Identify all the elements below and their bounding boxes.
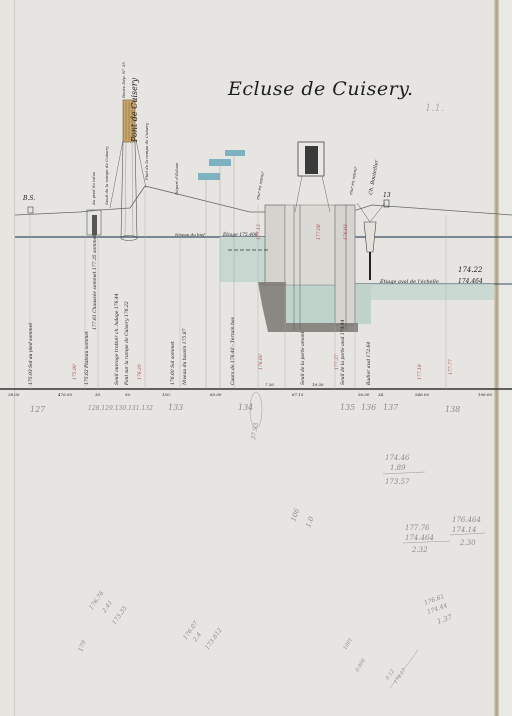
distance: 34. — [378, 392, 384, 397]
svg-text:176.20: 176.20 — [137, 364, 143, 380]
annotation: Seuil ouvrage trottoir ch. halage 176.44 — [114, 293, 120, 385]
pied-talus-label: Au pied du talus — [91, 172, 96, 206]
svg-text:176.60: 176.60 — [258, 354, 264, 370]
distance: 546.00 — [415, 392, 429, 397]
distance: 7.30 — [265, 382, 274, 387]
benchmark-right-label: 13 — [383, 192, 391, 199]
calc: 174.17 — [393, 667, 408, 685]
annotation: 175.62 Plateau sommet — [84, 331, 90, 385]
distance: 476.00 — [57, 392, 72, 397]
profile-number: 136 — [361, 403, 376, 412]
pied-rampe-label: Pied de la rampe de Cuisery — [144, 122, 149, 181]
calc: 173.57 — [385, 478, 410, 486]
etiage-label: Étiage 175.408 — [222, 230, 258, 238]
annotation: Radier aval 172.64 — [366, 342, 372, 386]
bridge-label: Pont de Cuisery — [130, 77, 139, 143]
profile-number: 138 — [445, 405, 460, 414]
calc: 179 — [77, 639, 88, 652]
distance: 19.30 — [312, 382, 324, 387]
calc: 2.32 — [411, 546, 428, 554]
annotation: Pont sur la rampe de Cuisery 176.22 — [124, 301, 130, 386]
profile-number: 137 — [383, 403, 399, 412]
upstream-water-wash — [220, 237, 266, 282]
calc: 106 — [289, 507, 301, 523]
svg-text:177.37: 177.37 — [334, 354, 340, 370]
calc: 173.35 — [111, 605, 129, 626]
downstream-wall — [335, 205, 355, 325]
svg-text:176.93: 176.93 — [343, 224, 349, 240]
seuil-rampe-label: Seuil de la rampe de Cuisery — [104, 146, 109, 205]
annotation: Seuil de la porte aval 174.44 — [340, 319, 346, 385]
calc: 0.006 — [355, 657, 368, 673]
depart-label: Départ d'Écluse — [174, 162, 179, 196]
annotation: 177.61 Chaussée sommet 177.35 sommet — [91, 235, 98, 330]
distance: 150. — [162, 392, 171, 397]
gauge-scale — [364, 222, 376, 252]
lock-house-door — [305, 146, 318, 174]
calc: 1001 — [343, 637, 355, 651]
blue-marker-1 — [198, 173, 220, 180]
annotation: Niveau du bassin 175.87 — [182, 328, 188, 386]
mur-aval-label: mur en retour — [348, 165, 358, 195]
downstream-water-wash — [371, 284, 494, 300]
distance: 30. — [95, 392, 101, 397]
annotation: Cours de 176.40 - Terrain bas — [230, 316, 236, 385]
calc: 37.93 — [250, 422, 260, 440]
distance: 56.00 — [358, 392, 370, 397]
annotation: 175.93 Sol au pied sommet — [28, 323, 34, 385]
benchmark-left-label: B.S. — [22, 195, 35, 202]
distance: 60.00 — [210, 392, 222, 397]
benchmark-left — [28, 207, 33, 213]
ground-profile-line — [15, 186, 512, 215]
calc: 176.464 — [452, 516, 481, 524]
aval-top-value: 174.22 — [458, 266, 483, 274]
calc: 2.41 — [100, 599, 114, 615]
annotation: 176.60 Sol sommet — [170, 341, 176, 385]
calc: 1.0 — [304, 515, 316, 529]
lock-chamber-water — [286, 284, 371, 324]
upstream-wall — [265, 205, 285, 285]
distance: 50. — [125, 392, 131, 397]
calc: 174.46 — [385, 454, 410, 462]
etiage-aval-label: Étiage aval de l'échelle — [379, 277, 439, 285]
svg-text:175.90: 175.90 — [72, 364, 78, 380]
blue-marker-2 — [209, 159, 231, 166]
profile-number: 133 — [168, 403, 183, 412]
svg-text:177.18: 177.18 — [417, 364, 423, 380]
etiage-aval-value: 174.464 — [458, 278, 483, 285]
niveau-bief-label: Niveau du bief — [174, 232, 206, 237]
svg-text:177.13: 177.13 — [256, 224, 262, 240]
distance: 196.00 — [478, 392, 492, 397]
svg-text:177.08: 177.08 — [316, 224, 322, 240]
calc: 174.464 — [405, 534, 434, 542]
profile-number: 135 — [340, 403, 355, 412]
calc: 1.89 — [390, 464, 406, 472]
calc: 174.14 — [452, 526, 477, 534]
bouteiller-label: Ch. Bouteiller — [368, 159, 380, 195]
blue-marker-3 — [225, 150, 245, 156]
lock-head — [285, 205, 335, 285]
profile-number: 127 — [30, 405, 46, 414]
calc: 2.30 — [459, 539, 476, 547]
distance: 28.00 — [7, 392, 20, 397]
mur-amont-label: mur en retour — [255, 170, 265, 200]
calc: 1.37 — [436, 613, 454, 626]
calc: 173.612 — [204, 627, 224, 651]
calc: 177.76 — [405, 524, 430, 532]
distance: 67.15 — [292, 392, 304, 397]
profile-number: 134 — [238, 403, 253, 412]
profile-number: 128.129.130.131.132 — [88, 405, 153, 412]
profile-drawing: B.S. 13 Pont de Cuisery Route Dép. N° 35… — [0, 0, 512, 716]
bridge-sublabel: Route Dép. N° 35 — [121, 62, 126, 99]
annotation: Seuil de la porte amont — [300, 331, 306, 385]
annotation-red: 177.77 — [448, 359, 454, 375]
